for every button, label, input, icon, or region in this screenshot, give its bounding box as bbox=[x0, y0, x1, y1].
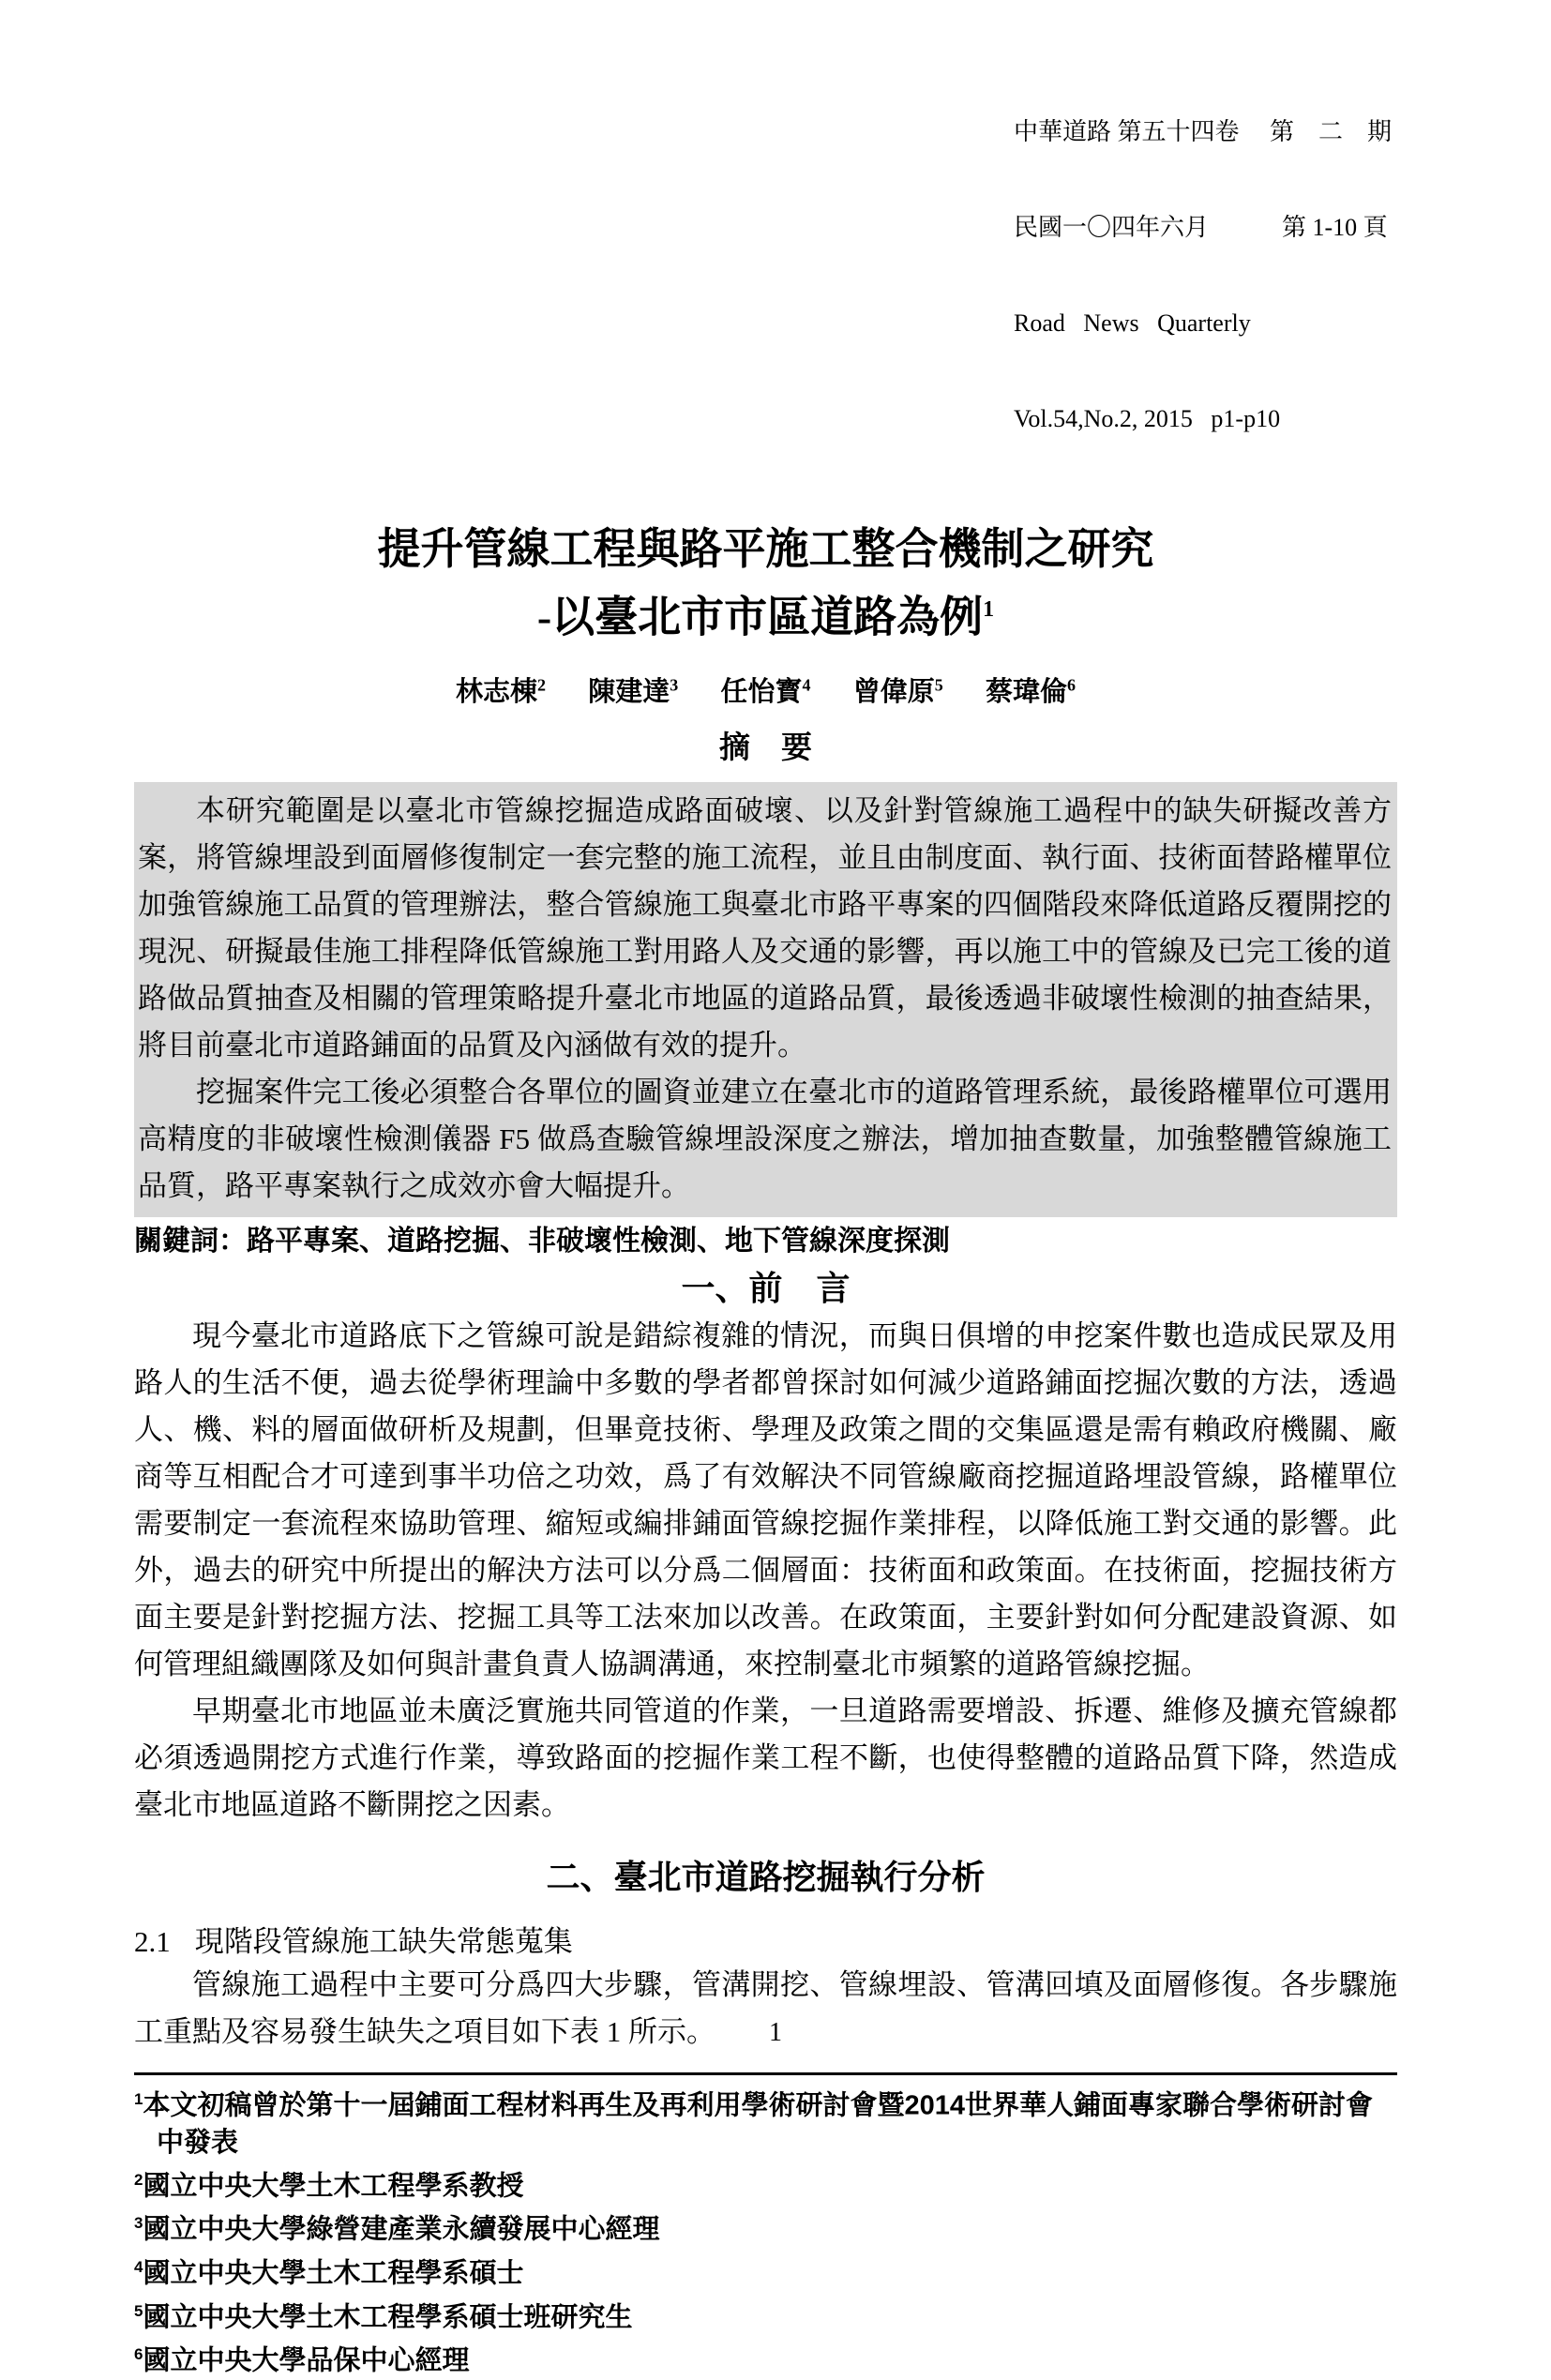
section1-paragraph: 現今臺北市道路底下之管線可說是錯綜複雜的情況，而與日俱增的申挖案件數也造成民眾及… bbox=[134, 1313, 1397, 1688]
author-footnote-ref: 2 bbox=[537, 675, 546, 694]
author-list: 林志棟2 陳建達3 任怡寳4 曾偉原5 蔡瑋倫6 bbox=[134, 664, 1397, 713]
author: 蔡瑋倫6 bbox=[986, 677, 1076, 707]
author-footnote-ref: 5 bbox=[935, 675, 943, 694]
footnote: 2國立中央大學土木工程學系教授 bbox=[134, 2162, 1397, 2206]
footnote: 6國立中央大學品保中心經理 bbox=[134, 2336, 1397, 2380]
paper-title-line2-text: -以臺北市市區道路為例 bbox=[537, 593, 983, 640]
keywords-line: 關鍵詞：路平專案、道路挖掘、非破壞性檢測、地下管線深度探測 bbox=[134, 1221, 1397, 1262]
author-footnote-ref: 6 bbox=[1067, 675, 1076, 694]
footnote-text: 本文初稿曾於第十一屆鋪面工程材料再生及再利用學術研討會暨2014世界華人鋪面專家… bbox=[143, 2091, 1373, 2158]
abstract-box: 本研究範圍是以臺北市管線挖掘造成路面破壞、以及針對管線施工過程中的缺失研擬改善方… bbox=[134, 782, 1397, 1217]
abstract-paragraph: 挖掘案件完工後必須整合各單位的圖資並建立在臺北市的道路管理系統，最後路權單位可選… bbox=[138, 1069, 1392, 1210]
author: 林志棟2 bbox=[456, 677, 546, 707]
author-name: 陳建達 bbox=[588, 677, 670, 707]
author-footnote-ref: 3 bbox=[670, 675, 678, 694]
author: 陳建達3 bbox=[588, 677, 678, 707]
journal-header: 中華道路 第五十四卷 第 二 期 民國一〇四年六月 第 1-10 頁 Road … bbox=[1014, 53, 1397, 499]
paper-title-line2: -以臺北市市區道路為例1 bbox=[134, 580, 1397, 647]
footnote-text: 國立中央大學土木工程學系碩士班研究生 bbox=[143, 2302, 632, 2332]
journal-header-line: Vol.54,No.2, 2015 p1-p10 bbox=[1014, 403, 1397, 435]
abstract-paragraph: 本研究範圍是以臺北市管線挖掘造成路面破壞、以及針對管線施工過程中的缺失研擬改善方… bbox=[138, 788, 1392, 1069]
author-name: 曾偉原 bbox=[853, 677, 935, 707]
footnote: 5國立中央大學土木工程學系碩士班研究生 bbox=[134, 2293, 1397, 2337]
subsection-title: 現階段管線施工缺失常態蒐集 bbox=[195, 1925, 573, 1958]
author: 任怡寳4 bbox=[720, 677, 810, 707]
footnote: 1本文初稿曾於第十一屆鋪面工程材料再生及再利用學術研討會暨2014世界華人鋪面專… bbox=[134, 2081, 1397, 2162]
footnote-text: 國立中央大學土木工程學系教授 bbox=[143, 2171, 523, 2201]
author-footnote-ref: 4 bbox=[803, 675, 811, 694]
footnote: 3國立中央大學綠營建產業永續發展中心經理 bbox=[134, 2205, 1397, 2249]
section1-paragraph: 早期臺北市地區並未廣泛實施共同管道的作業，一旦道路需要增設、拆遷、維修及擴充管線… bbox=[134, 1688, 1397, 1829]
journal-header-line: 中華道路 第五十四卷 第 二 期 bbox=[1014, 116, 1397, 148]
paper-title-line1: 提升管線工程與路平施工整合機制之研究 bbox=[134, 520, 1397, 580]
author: 曾偉原5 bbox=[853, 677, 943, 707]
author-name: 任怡寳 bbox=[720, 677, 802, 707]
footnote: 4國立中央大學土木工程學系碩士 bbox=[134, 2249, 1397, 2293]
paper-title: 提升管線工程與路平施工整合機制之研究 -以臺北市市區道路為例1 bbox=[134, 520, 1397, 647]
section2-heading: 二、臺北市道路挖掘執行分析 bbox=[134, 1853, 1397, 1902]
section1-heading: 一、前 言 bbox=[134, 1264, 1397, 1313]
journal-header-line: 民國一〇四年六月 第 1-10 頁 bbox=[1014, 212, 1397, 244]
footnote-text: 國立中央大學土木工程學系碩士 bbox=[143, 2259, 523, 2289]
paper-page: { "journal_header": { "lines": [ "中華道路 第… bbox=[0, 0, 1551, 2193]
subsection-number: 2.1 bbox=[134, 1925, 171, 1958]
page-number: 1 bbox=[0, 2018, 1551, 2048]
title-footnote-ref: 1 bbox=[983, 597, 994, 622]
subsection-2-1: 2.1現階段管線施工缺失常態蒐集 bbox=[134, 1922, 1397, 1962]
footnotes-block: 1本文初稿曾於第十一屆鋪面工程材料再生及再利用學術研討會暨2014世界華人鋪面專… bbox=[134, 2072, 1397, 2380]
abstract-heading: 摘 要 bbox=[134, 726, 1397, 769]
author-name: 林志棟 bbox=[456, 677, 537, 707]
footnote-text: 國立中央大學品保中心經理 bbox=[143, 2346, 469, 2376]
author-name: 蔡瑋倫 bbox=[986, 677, 1067, 707]
journal-header-line: Road News Quarterly bbox=[1014, 308, 1397, 339]
footnote-text: 國立中央大學綠營建產業永續發展中心經理 bbox=[143, 2215, 659, 2245]
